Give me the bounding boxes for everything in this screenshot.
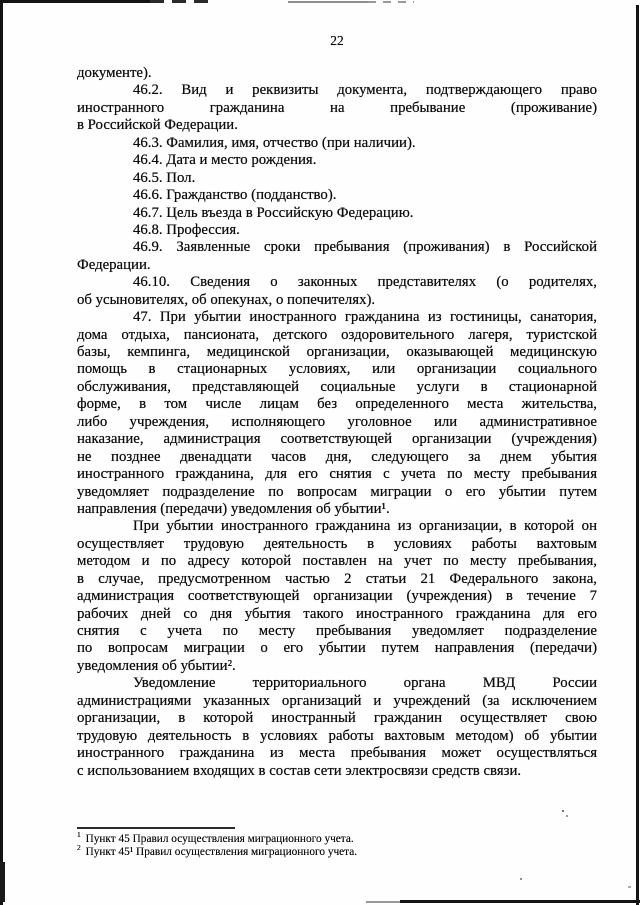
scan-speck [566, 815, 568, 817]
footnote: 1 Пункт 45 Правил осуществления миграцио… [77, 833, 597, 846]
scan-speck [520, 878, 522, 880]
scanned-document-page: 22 документе).46.2. Вид и реквизиты доку… [0, 0, 640, 905]
scan-edge-top-gray [288, 1, 368, 3]
text-line: организации, в которой иностранный гражд… [77, 710, 597, 727]
footnote-marker: 1 [77, 830, 81, 839]
scan-speck [562, 810, 564, 812]
text-line: При убытии иностранного гражданина из ор… [77, 518, 597, 535]
scan-edge-bottom-gray [366, 901, 400, 903]
text-line: дома отдыха, пансионата, детского оздоро… [77, 327, 597, 344]
text-line: снятия с учета по месту пребывания уведо… [77, 623, 597, 640]
scan-speck [628, 886, 631, 888]
text-line: в Российской Федерации. [77, 117, 597, 134]
text-line: иностранного гражданина, для его снятия … [77, 466, 597, 483]
text-line: обслуживания, представляющей социальные … [77, 379, 597, 396]
text-line: уведомляет подразделение по вопросам миг… [77, 484, 597, 501]
page-number: 22 [77, 33, 597, 48]
document-body: документе).46.2. Вид и реквизиты докумен… [77, 65, 597, 780]
text-line: с использованием входящих в состав сети … [77, 763, 597, 780]
scan-edge-top [0, 0, 150, 3]
text-line: осуществляет трудовую деятельность в усл… [77, 536, 597, 553]
scan-edge-bottom [400, 900, 640, 903]
footnote: 2 Пункт 45¹ Правил осуществления миграци… [77, 846, 597, 859]
text-line: методом и по адресу которой поставлен на… [77, 553, 597, 570]
text-line: администрациями указанных организаций и … [77, 693, 597, 710]
text-line: трудовую деятельность в условиях работы … [77, 728, 597, 745]
text-line: 46.4. Дата и место рождения. [77, 152, 597, 169]
scan-edge-top-dashes [150, 0, 215, 3]
text-line: направления (передачи) уведомления об уб… [77, 501, 597, 518]
text-line: 46.6. Гражданство (подданство). [77, 187, 597, 204]
scan-edge-top-gray-dashes [368, 1, 414, 3]
text-line: документе). [77, 65, 597, 82]
text-line: иностранного гражданина на пребывание (п… [77, 100, 597, 117]
text-line: 46.10. Сведения о законных представителя… [77, 274, 597, 291]
text-line: форме, в том числе лицам без определенно… [77, 396, 597, 413]
text-line: 46.3. Фамилия, имя, отчество (при наличи… [77, 135, 597, 152]
text-line: 46.8. Профессия. [77, 222, 597, 239]
text-line: в случае, предусмотренном частью 2 стать… [77, 571, 597, 588]
text-line: Федерации. [77, 257, 597, 274]
text-line: рабочих дней со дня убытия такого иностр… [77, 606, 597, 623]
footnotes: 1 Пункт 45 Правил осуществления миграцио… [77, 833, 597, 858]
text-line: иностранного гражданина из места пребыва… [77, 745, 597, 762]
text-line: 46.5. Пол. [77, 170, 597, 187]
text-line: не позднее двенадцати часов дня, следующ… [77, 449, 597, 466]
text-line: 47. При убытии иностранного гражданина и… [77, 309, 597, 326]
text-line: наказание, администрация соответствующей… [77, 431, 597, 448]
text-line: 46.7. Цель въезда в Российскую Федерацию… [77, 205, 597, 222]
text-line: базы, кемпинга, медицинской организации,… [77, 344, 597, 361]
text-line: Уведомление территориального органа МВД … [77, 675, 597, 692]
footnote-separator [77, 827, 235, 829]
text-line: помощь в стационарных условиях, или орга… [77, 361, 597, 378]
text-line: об усыновителях, об опекунах, о попечите… [77, 292, 597, 309]
text-line: либо учреждения, исполняющего уголовное … [77, 414, 597, 431]
text-line: уведомления об убытии². [77, 658, 597, 675]
footnote-marker: 2 [77, 843, 81, 852]
scan-edge-left-blob [0, 862, 5, 902]
text-line: администрация соответствующей организаци… [77, 588, 597, 605]
text-line: 46.9. Заявленные сроки пребывания (прожи… [77, 239, 597, 256]
scan-edge-right [636, 5, 639, 905]
text-line: по вопросам миграции о его убытии путем … [77, 640, 597, 657]
scan-edge-left [0, 0, 3, 905]
text-line: 46.2. Вид и реквизиты документа, подтвер… [77, 82, 597, 99]
